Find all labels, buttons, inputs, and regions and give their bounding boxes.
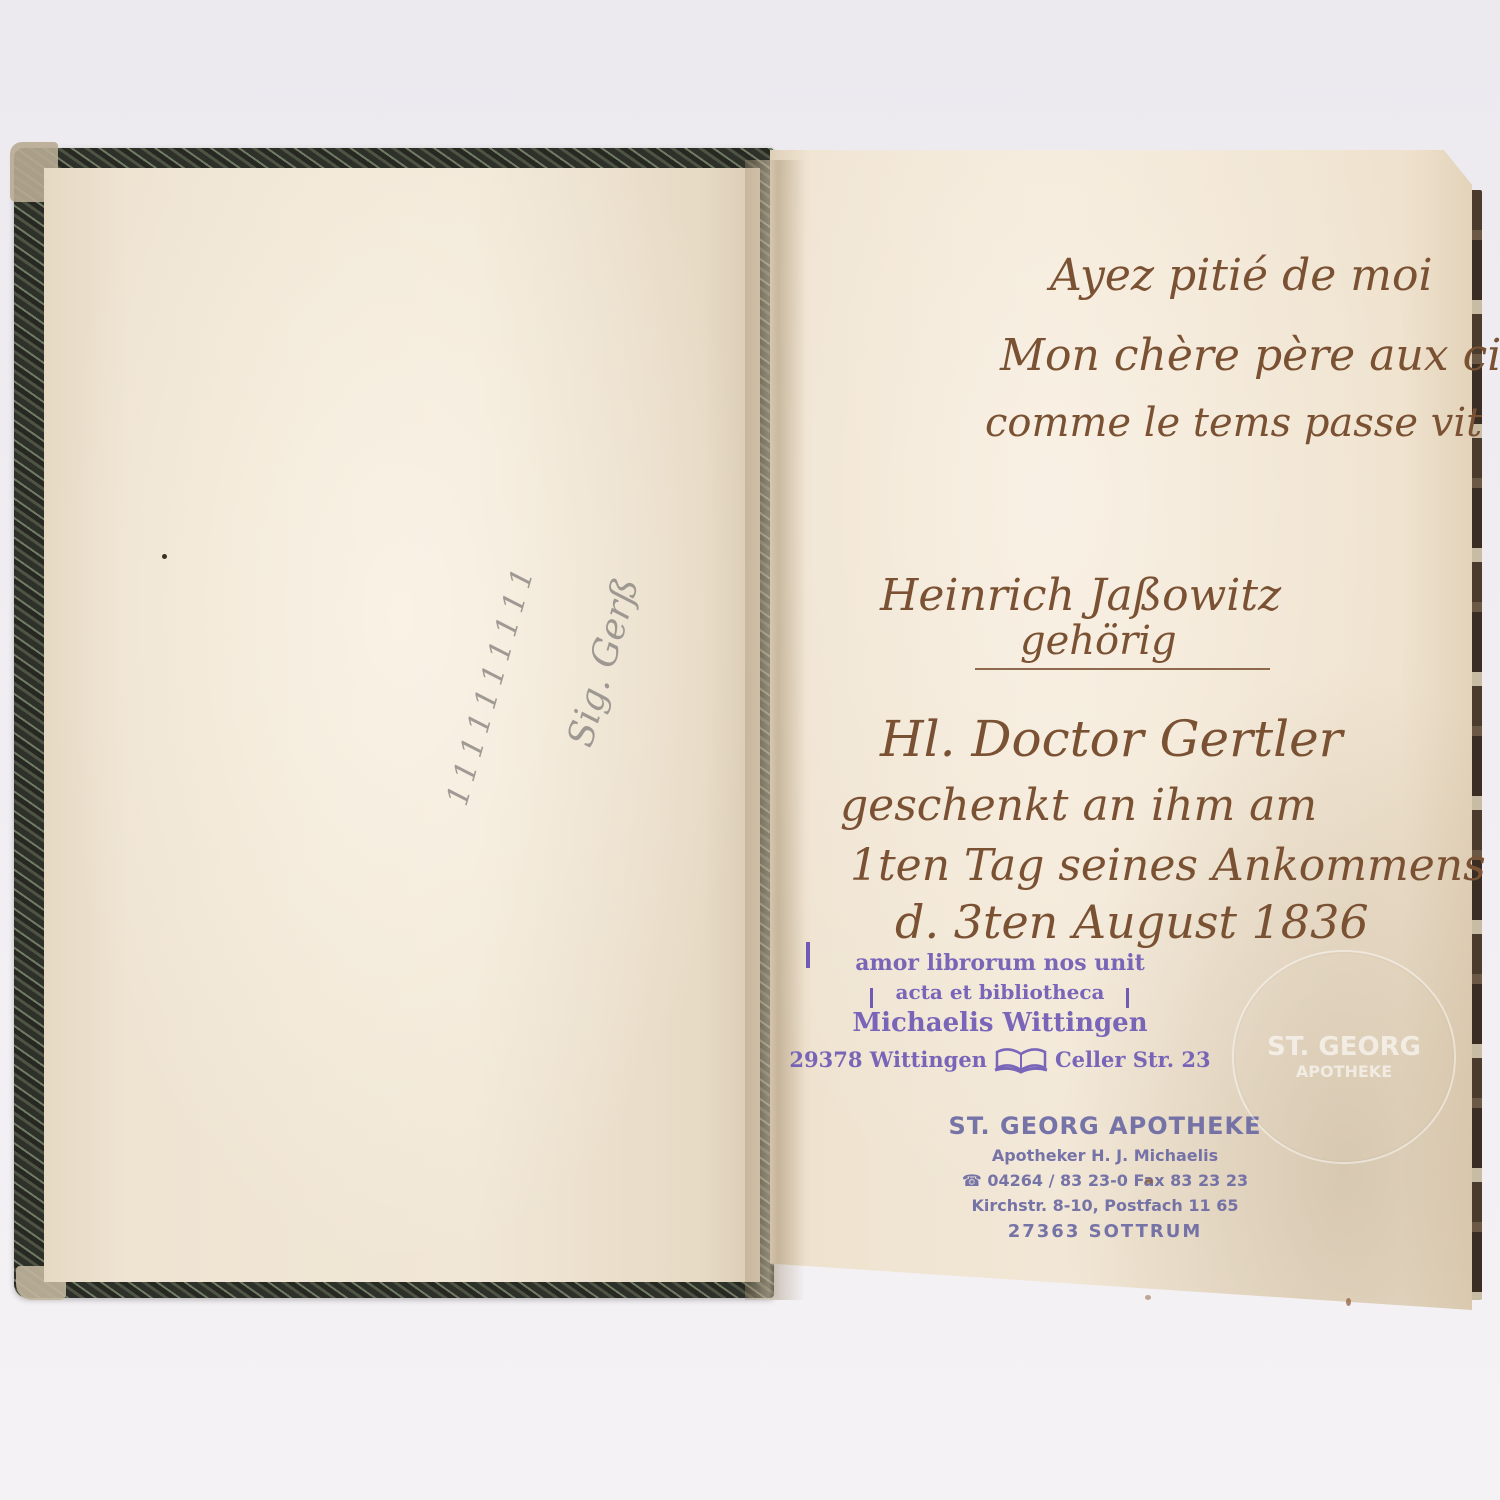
open-book-icon <box>993 1044 1049 1074</box>
foxing-spot <box>1145 1178 1153 1184</box>
stamp-motto: amor librorum nos unit <box>805 950 1195 976</box>
stamp-postcode-city: 29378 Wittingen <box>789 1047 987 1072</box>
library-bookplate-stamp: amor librorum nos unit acta et bibliothe… <box>805 950 1195 1074</box>
gift-inscription-doctor: Hl. Doctor Gertler <box>880 710 1343 768</box>
foxing-spot <box>1145 1295 1151 1300</box>
pharmacy-stamp: ST. GEORG APOTHEKE Apotheker H. J. Micha… <box>940 1112 1270 1242</box>
gift-inscription-date: d. 3ten August 1836 <box>895 895 1369 949</box>
ownership-inscription-name: Heinrich Jaßowitz <box>880 570 1281 621</box>
ink-dot <box>162 554 167 559</box>
pharmacy-name: ST. GEORG APOTHEKE <box>940 1112 1270 1140</box>
pharmacy-street: Kirchstr. 8-10, Postfach 11 65 <box>940 1196 1270 1215</box>
gift-inscription-line-2: geschenkt an ihm am <box>840 780 1317 831</box>
ownership-inscription-belongs: gehörig <box>1020 618 1177 664</box>
foxing-spot <box>1346 1298 1351 1306</box>
pharmacy-postcode-city: 27363 SOTTRUM <box>940 1221 1270 1242</box>
french-inscription-line-2: Mon chère père aux ciel <box>1000 330 1500 381</box>
emboss-subtitle: APOTHEKE <box>1234 1062 1454 1081</box>
stamp-subtitle: acta et bibliotheca <box>805 980 1195 1004</box>
left-pastedown-page <box>44 168 760 1282</box>
french-inscription-line-3: comme le tems passe vit <box>985 400 1482 446</box>
stamp-owner-name: Michaelis Wittingen <box>805 1008 1195 1038</box>
pharmacist-name: Apotheker H. J. Michaelis <box>940 1146 1270 1165</box>
ink-underline <box>975 668 1270 670</box>
blind-embossed-seal: ST. GEORG APOTHEKE <box>1232 950 1456 1164</box>
emboss-name: ST. GEORG <box>1234 1032 1454 1062</box>
stamp-street: Celler Str. 23 <box>1055 1047 1211 1072</box>
book-gutter <box>745 160 805 1300</box>
stamp-address-row: 29378 Wittingen Celler Str. 23 <box>805 1044 1195 1074</box>
gift-inscription-line-3: 1ten Tag seines Ankommens <box>850 840 1486 891</box>
french-inscription-line-1: Ayez pitié de moi <box>1050 250 1433 301</box>
pharmacy-phone-fax: ☎ 04264 / 83 23-0 Fax 83 23 23 <box>940 1171 1270 1190</box>
